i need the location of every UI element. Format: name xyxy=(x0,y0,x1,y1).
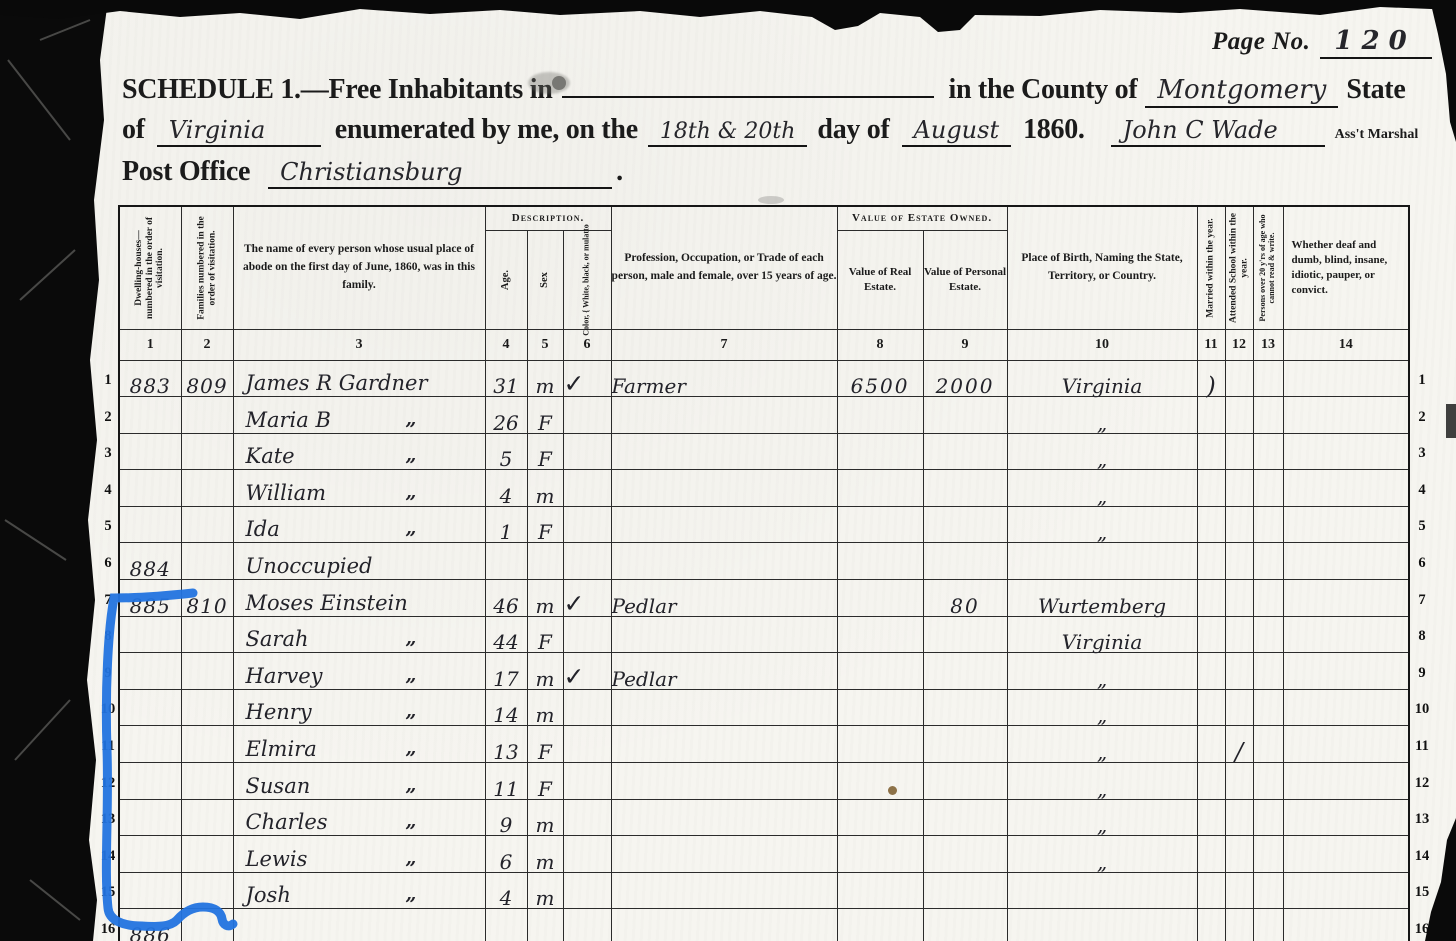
age-value: 5 xyxy=(485,433,527,470)
dwelling-number xyxy=(119,433,181,470)
married-mark xyxy=(1197,580,1225,617)
census-row: 884Unoccupied xyxy=(119,543,1409,580)
sex-value: m xyxy=(527,470,563,507)
real-estate-value xyxy=(837,506,923,543)
line-number-left: 2 xyxy=(96,409,120,426)
person-name-cell: Unoccupied xyxy=(233,543,485,580)
line-number-right: 6 xyxy=(1410,555,1434,572)
col-header-school-label: Attended School within the year. xyxy=(1228,210,1249,326)
color-check-mark: ✓ xyxy=(563,580,611,617)
year-value: 1860. xyxy=(1023,114,1085,146)
group-header-estate: Value of Estate Owned. xyxy=(837,206,1007,230)
col-header-married: Married within the year. xyxy=(1197,206,1225,329)
dwelling-number xyxy=(119,689,181,726)
read-write-mark xyxy=(1253,799,1283,836)
age-value: 14 xyxy=(485,689,527,726)
married-mark xyxy=(1197,397,1225,434)
person-name-cell: Henry„ xyxy=(233,689,485,726)
line-number-left: 10 xyxy=(96,701,120,718)
dwelling-number xyxy=(119,397,181,434)
col-header-families: Families numbered in the order of visita… xyxy=(181,206,233,329)
profession-value: Farmer xyxy=(611,360,837,397)
birthplace-value: „ xyxy=(1007,763,1197,800)
person-name: Susan xyxy=(246,776,311,797)
census-scan-page: Page No.120 SCHEDULE 1.—Free Inhabitants… xyxy=(0,0,1456,941)
line-number-right: 7 xyxy=(1410,592,1434,609)
col-header-illiterate-label: Persons over 20 y'rs of age who cannot r… xyxy=(1259,212,1277,324)
age-value: 11 xyxy=(485,763,527,800)
line-number-right: 3 xyxy=(1410,445,1434,462)
line-number-right: 10 xyxy=(1410,701,1434,718)
read-write-mark xyxy=(1253,360,1283,397)
col-header-age: Age. xyxy=(485,230,527,329)
col-header-dwelling: Dwelling-houses— numbered in the order o… xyxy=(119,206,181,329)
line-number-left: 1 xyxy=(96,372,120,389)
profession-value xyxy=(611,506,837,543)
person-name-cell: Lewis„ xyxy=(233,836,485,873)
color-check-mark xyxy=(563,909,611,941)
col-num-13: 13 xyxy=(1253,329,1283,360)
line-number-left: 9 xyxy=(96,665,120,682)
census-row: Maria B„26F„ xyxy=(119,397,1409,434)
remarks-value xyxy=(1283,506,1409,543)
sex-value: F xyxy=(527,397,563,434)
person-name-cell: Sarah„ xyxy=(233,616,485,653)
personal-estate-value xyxy=(923,909,1007,941)
personal-estate-value xyxy=(923,726,1007,763)
col-num-14: 14 xyxy=(1283,329,1409,360)
census-row: Elmira„13F„/ xyxy=(119,726,1409,763)
date-value: 18th & 20th xyxy=(648,119,808,147)
sex-value: m xyxy=(527,580,563,617)
profession-value xyxy=(611,397,837,434)
married-mark xyxy=(1197,543,1225,580)
married-mark xyxy=(1197,689,1225,726)
birthplace-value: „ xyxy=(1007,470,1197,507)
col-num-5: 5 xyxy=(527,329,563,360)
column-number-row: 1 2 3 4 5 6 7 8 9 10 11 12 13 14 xyxy=(119,329,1409,360)
col-header-name: The name of every person whose usual pla… xyxy=(233,206,485,329)
family-number xyxy=(181,397,233,434)
married-mark xyxy=(1197,653,1225,690)
sex-value: F xyxy=(527,616,563,653)
remarks-value xyxy=(1283,763,1409,800)
read-write-mark xyxy=(1253,909,1283,941)
age-value xyxy=(485,909,527,941)
dwelling-number xyxy=(119,836,181,873)
birthplace-value: „ xyxy=(1007,689,1197,726)
line-number-right: 4 xyxy=(1410,482,1434,499)
line-number-left: 14 xyxy=(96,848,120,865)
state-word: State xyxy=(1346,74,1405,106)
remarks-value xyxy=(1283,470,1409,507)
sex-value xyxy=(527,909,563,941)
birthplace-value: „ xyxy=(1007,836,1197,873)
birthplace-value: Wurtemberg xyxy=(1007,580,1197,617)
dwelling-number: 885 xyxy=(119,580,181,617)
profession-value xyxy=(611,470,837,507)
age-value: 6 xyxy=(485,836,527,873)
color-check-mark xyxy=(563,689,611,726)
color-check-mark xyxy=(563,616,611,653)
school-mark xyxy=(1225,580,1253,617)
age-value: 44 xyxy=(485,616,527,653)
person-name: Elmira xyxy=(246,739,317,760)
school-mark xyxy=(1225,543,1253,580)
personal-estate-value xyxy=(923,653,1007,690)
read-write-mark xyxy=(1253,616,1283,653)
married-mark xyxy=(1197,799,1225,836)
remarks-value xyxy=(1283,909,1409,941)
col-num-12: 12 xyxy=(1225,329,1253,360)
profession-value: Pedlar xyxy=(611,580,837,617)
line-number-left: 15 xyxy=(96,884,120,901)
col-num-2: 2 xyxy=(181,329,233,360)
personal-estate-value xyxy=(923,616,1007,653)
real-estate-value xyxy=(837,397,923,434)
col-header-profession: Profession, Occupation, or Trade of each… xyxy=(611,206,837,329)
color-check-mark xyxy=(563,397,611,434)
married-mark xyxy=(1197,726,1225,763)
remarks-value xyxy=(1283,433,1409,470)
page-number-value: 120 xyxy=(1320,26,1431,59)
person-name: William xyxy=(246,483,327,504)
col-num-9: 9 xyxy=(923,329,1007,360)
read-write-mark xyxy=(1253,653,1283,690)
remarks-value xyxy=(1283,543,1409,580)
color-check-mark xyxy=(563,506,611,543)
birthplace-value xyxy=(1007,872,1197,909)
post-office-label: Post Office xyxy=(122,156,250,188)
read-write-mark xyxy=(1253,872,1283,909)
profession-value xyxy=(611,763,837,800)
family-number xyxy=(181,433,233,470)
person-name-cell: Kate„ xyxy=(233,433,485,470)
remarks-value xyxy=(1283,872,1409,909)
col-header-personal-estate: Value of Personal Estate. xyxy=(923,230,1007,329)
school-mark xyxy=(1225,616,1253,653)
month-value: August xyxy=(902,116,1012,147)
day-of-label: day of xyxy=(817,114,889,146)
col-num-11: 11 xyxy=(1197,329,1225,360)
col-header-married-label: Married within the year. xyxy=(1206,210,1217,326)
col-header-color-label: Color, { White, black, or mulatto xyxy=(583,224,592,336)
color-check-mark xyxy=(563,433,611,470)
ditto-mark: „ xyxy=(406,739,417,758)
school-mark xyxy=(1225,872,1253,909)
color-check-mark: ✓ xyxy=(563,653,611,690)
family-number xyxy=(181,836,233,873)
person-name-cell: Ida„ xyxy=(233,506,485,543)
profession-value xyxy=(611,836,837,873)
school-mark xyxy=(1225,506,1253,543)
personal-estate-value: 2000 xyxy=(923,360,1007,397)
ink-smudge xyxy=(758,196,784,204)
line-number-right: 5 xyxy=(1410,518,1434,535)
color-check-mark xyxy=(563,872,611,909)
married-mark xyxy=(1197,836,1225,873)
person-name: James R Gardner xyxy=(246,373,428,394)
birthplace-value: Virginia xyxy=(1007,360,1197,397)
col-num-7: 7 xyxy=(611,329,837,360)
personal-estate-value xyxy=(923,470,1007,507)
profession-value xyxy=(611,909,837,941)
line-number-right: 1 xyxy=(1410,372,1434,389)
personal-estate-value: 80 xyxy=(923,580,1007,617)
personal-estate-value xyxy=(923,397,1007,434)
school-mark xyxy=(1225,653,1253,690)
line-number-right: 11 xyxy=(1410,738,1434,755)
married-mark xyxy=(1197,470,1225,507)
ditto-mark: „ xyxy=(406,776,417,795)
family-number xyxy=(181,470,233,507)
schedule-title: SCHEDULE 1.—Free Inhabitants in xyxy=(122,74,552,106)
married-mark: ) xyxy=(1197,360,1225,397)
dwelling-number: 883 xyxy=(119,360,181,397)
dwelling-number: 886 xyxy=(119,909,181,941)
family-number: 810 xyxy=(181,580,233,617)
sex-value: F xyxy=(527,726,563,763)
family-number xyxy=(181,653,233,690)
sex-value: F xyxy=(527,433,563,470)
personal-estate-value xyxy=(923,433,1007,470)
line-number-right: 2 xyxy=(1410,409,1434,426)
person-name-cell: Harvey„ xyxy=(233,653,485,690)
birthplace-value: „ xyxy=(1007,653,1197,690)
col-header-illiterate: Persons over 20 y'rs of age who cannot r… xyxy=(1253,206,1283,329)
line-number-left: 13 xyxy=(96,811,120,828)
line-number-right: 13 xyxy=(1410,811,1434,828)
age-value: 13 xyxy=(485,726,527,763)
page-number-block: Page No.120 xyxy=(1212,26,1432,56)
census-row: Ida„1F„ xyxy=(119,506,1409,543)
census-row: Harvey„17m✓Pedlar„ xyxy=(119,653,1409,690)
school-mark xyxy=(1225,360,1253,397)
census-row: Sarah„44FVirginia xyxy=(119,616,1409,653)
personal-estate-value xyxy=(923,763,1007,800)
birthplace-value xyxy=(1007,543,1197,580)
person-name-cell: James R Gardner xyxy=(233,360,485,397)
read-write-mark xyxy=(1253,689,1283,726)
line-number-left: 5 xyxy=(96,518,120,535)
real-estate-value xyxy=(837,580,923,617)
census-table: Dwelling-houses— numbered in the order o… xyxy=(118,205,1410,941)
person-name: Ida xyxy=(246,519,280,540)
married-mark xyxy=(1197,909,1225,941)
ditto-mark: „ xyxy=(406,519,417,538)
remarks-value xyxy=(1283,616,1409,653)
person-name: Kate xyxy=(246,446,295,467)
census-row: Kate„5F„ xyxy=(119,433,1409,470)
family-number xyxy=(181,543,233,580)
marshal-name: John C Wade xyxy=(1111,116,1325,147)
col-num-4: 4 xyxy=(485,329,527,360)
color-check-mark xyxy=(563,836,611,873)
line-number-right: 12 xyxy=(1410,775,1434,792)
school-mark xyxy=(1225,397,1253,434)
col-num-8: 8 xyxy=(837,329,923,360)
county-value: Montgomery xyxy=(1145,75,1338,108)
line-number-right: 16 xyxy=(1410,921,1434,938)
remarks-value xyxy=(1283,360,1409,397)
ditto-mark: „ xyxy=(406,666,417,685)
person-name: Henry xyxy=(246,702,312,723)
sex-value: m xyxy=(527,836,563,873)
schedule-title-line: SCHEDULE 1.—Free Inhabitants in in the C… xyxy=(122,74,1405,108)
ditto-mark: „ xyxy=(406,410,417,429)
married-mark xyxy=(1197,872,1225,909)
birthplace-value: „ xyxy=(1007,799,1197,836)
col-header-birthplace: Place of Birth, Naming the State, Territ… xyxy=(1007,206,1197,329)
real-estate-value xyxy=(837,543,923,580)
sex-value: m xyxy=(527,360,563,397)
ditto-mark: „ xyxy=(406,629,417,648)
post-office-line: Post Office Christiansburg . xyxy=(122,156,623,189)
birthplace-value: „ xyxy=(1007,726,1197,763)
real-estate-value xyxy=(837,799,923,836)
read-write-mark xyxy=(1253,397,1283,434)
person-name: Moses Einstein xyxy=(246,593,408,614)
person-name-cell: Josh„ xyxy=(233,872,485,909)
person-name-cell: Elmira„ xyxy=(233,726,485,763)
enumerated-label: enumerated by me, on the xyxy=(335,114,638,146)
real-estate-value xyxy=(837,909,923,941)
census-row: William„4m„ xyxy=(119,470,1409,507)
family-number xyxy=(181,506,233,543)
profession-value xyxy=(611,616,837,653)
school-mark xyxy=(1225,909,1253,941)
married-mark xyxy=(1197,763,1225,800)
color-check-mark xyxy=(563,470,611,507)
real-estate-value xyxy=(837,616,923,653)
census-rows: 883809James R Gardner31m✓Farmer65002000V… xyxy=(119,360,1409,941)
profession-value xyxy=(611,433,837,470)
line-number-left: 11 xyxy=(96,738,120,755)
color-check-mark xyxy=(563,763,611,800)
personal-estate-value xyxy=(923,836,1007,873)
col-header-dwelling-label: Dwelling-houses— numbered in the order o… xyxy=(134,210,166,326)
col-header-sex: Sex xyxy=(527,230,563,329)
remarks-value xyxy=(1283,726,1409,763)
profession-value: Pedlar xyxy=(611,653,837,690)
married-mark xyxy=(1197,433,1225,470)
school-mark xyxy=(1225,470,1253,507)
ditto-mark: „ xyxy=(406,812,417,831)
birthplace-value: Virginia xyxy=(1007,616,1197,653)
enumeration-line: of Virginia enumerated by me, on the 18t… xyxy=(122,114,1418,147)
col-header-age-label: Age. xyxy=(500,222,512,338)
age-value: 26 xyxy=(485,397,527,434)
color-check-mark: ✓ xyxy=(563,360,611,397)
sex-value: F xyxy=(527,506,563,543)
real-estate-value xyxy=(837,836,923,873)
family-number xyxy=(181,689,233,726)
school-mark: / xyxy=(1225,726,1253,763)
person-name: Charles xyxy=(246,812,328,833)
real-estate-value xyxy=(837,653,923,690)
family-number xyxy=(181,763,233,800)
line-number-right: 9 xyxy=(1410,665,1434,682)
read-write-mark xyxy=(1253,470,1283,507)
school-mark xyxy=(1225,836,1253,873)
married-mark xyxy=(1197,506,1225,543)
read-write-mark xyxy=(1253,836,1283,873)
person-name: Sarah xyxy=(246,629,309,650)
col-header-color: Color, { White, black, or mulatto xyxy=(563,230,611,329)
real-estate-value xyxy=(837,872,923,909)
age-value: 1 xyxy=(485,506,527,543)
person-name: Unoccupied xyxy=(246,556,373,577)
ditto-mark: „ xyxy=(406,446,417,465)
line-number-left: 8 xyxy=(96,628,120,645)
dwelling-number xyxy=(119,763,181,800)
person-name: Maria B xyxy=(246,410,331,431)
age-value: 9 xyxy=(485,799,527,836)
marshal-title: Ass't Marshal xyxy=(1335,127,1419,143)
birthplace-value: „ xyxy=(1007,506,1197,543)
real-estate-value xyxy=(837,433,923,470)
profession-value xyxy=(611,799,837,836)
birthplace-value: „ xyxy=(1007,433,1197,470)
profession-value xyxy=(611,689,837,726)
school-mark xyxy=(1225,763,1253,800)
age-value: 31 xyxy=(485,360,527,397)
line-number-right: 8 xyxy=(1410,628,1434,645)
person-name: Josh xyxy=(246,885,291,906)
profession-value xyxy=(611,872,837,909)
dwelling-number xyxy=(119,872,181,909)
age-value: 4 xyxy=(485,872,527,909)
family-number xyxy=(181,726,233,763)
sex-value: m xyxy=(527,689,563,726)
line-number-right: 14 xyxy=(1410,848,1434,865)
color-check-mark xyxy=(563,726,611,763)
line-number-left: 6 xyxy=(96,555,120,572)
line-number-right: 15 xyxy=(1410,884,1434,901)
age-value: 17 xyxy=(485,653,527,690)
census-row: Henry„14m„ xyxy=(119,689,1409,726)
dwelling-number xyxy=(119,506,181,543)
ditto-mark: „ xyxy=(406,849,417,868)
census-row: 886 xyxy=(119,909,1409,941)
profession-value xyxy=(611,726,837,763)
birthplace-value xyxy=(1007,909,1197,941)
person-name-cell xyxy=(233,909,485,941)
person-name-cell: William„ xyxy=(233,470,485,507)
school-mark xyxy=(1225,799,1253,836)
age-value: 4 xyxy=(485,470,527,507)
line-number-left: 3 xyxy=(96,445,120,462)
line-number-left: 12 xyxy=(96,775,120,792)
read-write-mark xyxy=(1253,543,1283,580)
dwelling-number xyxy=(119,470,181,507)
col-header-families-label: Families numbered in the order of visita… xyxy=(196,210,217,326)
col-num-3: 3 xyxy=(233,329,485,360)
married-mark xyxy=(1197,616,1225,653)
census-row: Josh„4m xyxy=(119,872,1409,909)
person-name-cell: Moses Einstein xyxy=(233,580,485,617)
census-row: 885810Moses Einstein46m✓Pedlar80Wurtembe… xyxy=(119,580,1409,617)
of-label: of xyxy=(122,114,145,146)
page-number-label: Page No. xyxy=(1212,28,1310,55)
dwelling-number xyxy=(119,616,181,653)
personal-estate-value xyxy=(923,543,1007,580)
real-estate-value: 6500 xyxy=(837,360,923,397)
col-header-condition: Whether deaf and dumb, blind, insane, id… xyxy=(1283,206,1409,329)
census-row: 883809James R Gardner31m✓Farmer65002000V… xyxy=(119,360,1409,397)
family-number xyxy=(181,909,233,941)
real-estate-value xyxy=(837,470,923,507)
